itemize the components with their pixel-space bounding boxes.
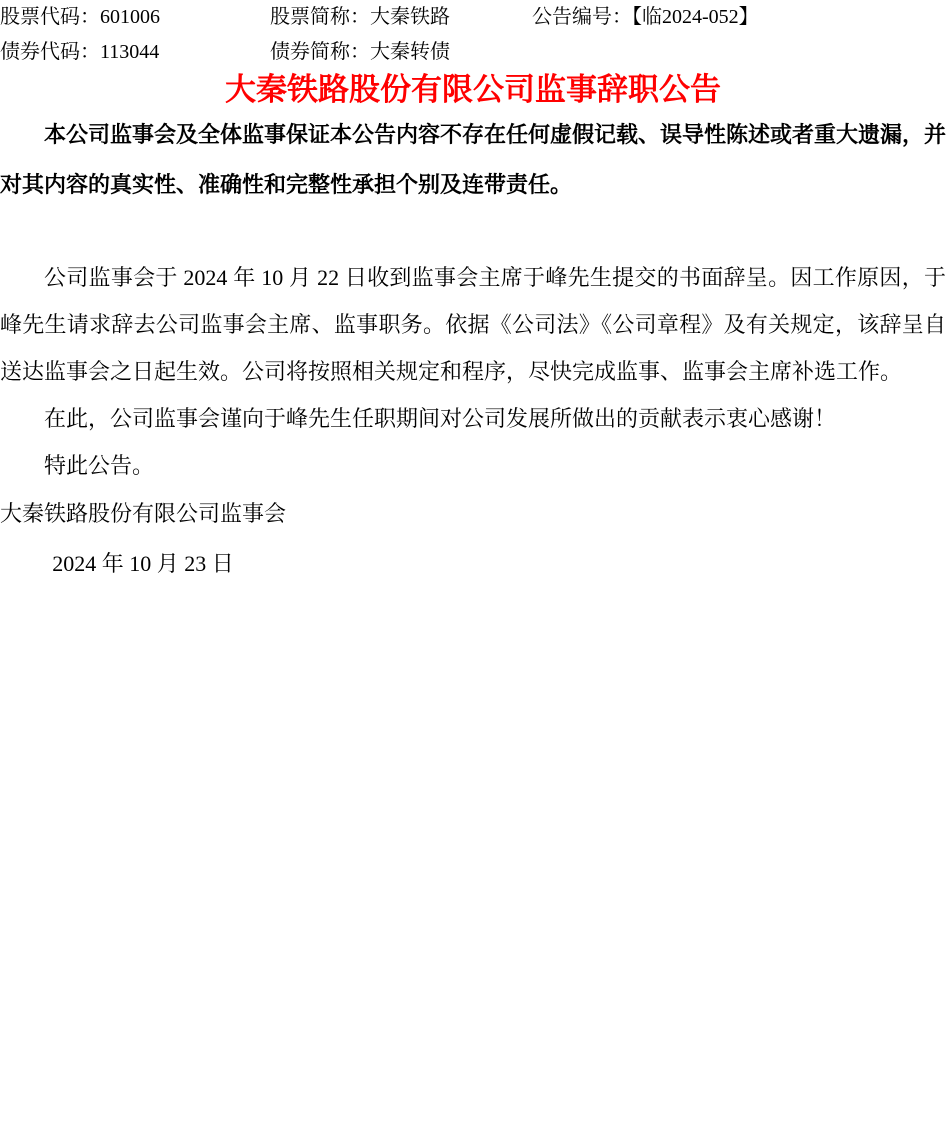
stock-short-name: 股票简称：大秦铁路 <box>270 0 532 35</box>
bond-code: 债券代码：113044 <box>0 35 270 70</box>
header-row-bond: 债券代码：113044 债券简称：大秦转债 <box>0 35 946 70</box>
header-empty-cell <box>532 35 946 70</box>
signature-company: 大秦铁路股份有限公司监事会 <box>0 489 286 539</box>
signature-date: 2024 年 10 月 23 日 <box>0 539 286 589</box>
announcement-number: 公告编号：【临2024-052】 <box>532 0 946 35</box>
disclaimer-paragraph: 本公司监事会及全体监事保证本公告内容不存在任何虚假记载、误导性陈述或者重大遗漏，… <box>0 110 946 210</box>
header-row-stock: 股票代码：601006 股票简称：大秦铁路 公告编号：【临2024-052】 <box>0 0 946 35</box>
body-paragraph-gratitude: 在此，公司监事会谨向于峰先生任职期间对公司发展所做出的贡献表示衷心感谢！ <box>0 395 946 442</box>
stock-code: 股票代码：601006 <box>0 0 270 35</box>
bond-short-name: 债券简称：大秦转债 <box>270 35 532 70</box>
signature-block: 大秦铁路股份有限公司监事会 2024 年 10 月 23 日 <box>0 489 286 589</box>
announcement-document: 股票代码：601006 股票简称：大秦铁路 公告编号：【临2024-052】 债… <box>0 0 946 1127</box>
document-header: 股票代码：601006 股票简称：大秦铁路 公告编号：【临2024-052】 债… <box>0 0 946 70</box>
closing-statement: 特此公告。 <box>0 442 946 489</box>
body-paragraph-resignation: 公司监事会于 2024 年 10 月 22 日收到监事会主席于峰先生提交的书面辞… <box>0 254 946 395</box>
page-title: 大秦铁路股份有限公司监事辞职公告 <box>0 70 946 110</box>
